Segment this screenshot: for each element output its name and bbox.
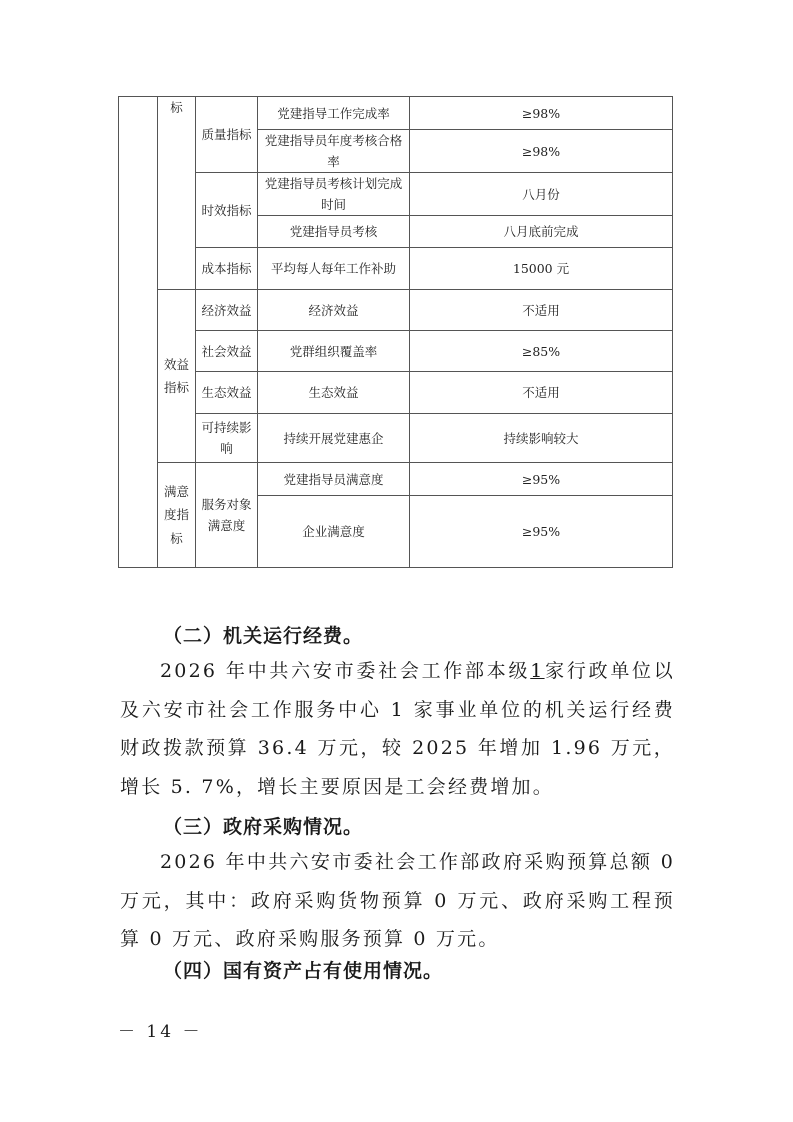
- section-heading-procurement: （三）政府采购情况。: [163, 812, 363, 839]
- level3-cell: 经济效益: [196, 290, 258, 331]
- level2-cell: 效益指标: [158, 290, 196, 463]
- table-row: 满意度指标 服务对象满意度 党建指导员满意度 ≥95%: [119, 463, 673, 496]
- value-cell: 八月份: [410, 173, 673, 216]
- page-number: － 14 －: [118, 1017, 202, 1042]
- metric-cell: 党建指导员考核计划完成时间: [258, 173, 410, 216]
- level2-cell: 标: [158, 97, 196, 290]
- metric-cell: 经济效益: [258, 290, 410, 331]
- value-cell: ≥98%: [410, 130, 673, 173]
- level3-cell: 社会效益: [196, 331, 258, 372]
- table-row: 标 质量指标 党建指导工作完成率 ≥98%: [119, 97, 673, 130]
- value-cell: 八月底前完成: [410, 216, 673, 248]
- metric-cell: 党建指导工作完成率: [258, 97, 410, 130]
- text-part: 2026 年中共六安市委社会工作部政府采购预算总额 0 万元，其中：政府采购货物…: [120, 851, 675, 950]
- underlined-count: 1: [530, 660, 544, 682]
- table-row: 生态效益 生态效益 不适用: [119, 372, 673, 414]
- table-row: 时效指标 党建指导员考核计划完成时间 八月份: [119, 173, 673, 216]
- level3-cell: 可持续影响: [196, 414, 258, 463]
- value-cell: ≥85%: [410, 331, 673, 372]
- level3-cell: 服务对象满意度: [196, 463, 258, 568]
- metric-cell: 党建指导员考核: [258, 216, 410, 248]
- metric-cell: 党建指导员满意度: [258, 463, 410, 496]
- value-cell: 15000 元: [410, 248, 673, 290]
- metric-cell: 持续开展党建惠企: [258, 414, 410, 463]
- value-cell: 不适用: [410, 290, 673, 331]
- metric-cell: 生态效益: [258, 372, 410, 414]
- table-row: 效益指标 经济效益 经济效益 不适用: [119, 290, 673, 331]
- metric-cell: 党群组织覆盖率: [258, 331, 410, 372]
- level3-cell: 时效指标: [196, 173, 258, 248]
- value-cell: 不适用: [410, 372, 673, 414]
- value-cell: ≥95%: [410, 463, 673, 496]
- paragraph-procurement: 2026 年中共六安市委社会工作部政府采购预算总额 0 万元，其中：政府采购货物…: [120, 843, 675, 959]
- metric-cell: 党建指导员年度考核合格率: [258, 130, 410, 173]
- paragraph-operating-costs: 2026 年中共六安市委社会工作部本级1家行政单位以及六安市社会工作服务中心 1…: [120, 652, 675, 806]
- value-cell: ≥95%: [410, 496, 673, 568]
- metric-cell: 企业满意度: [258, 496, 410, 568]
- performance-indicator-table: 标 质量指标 党建指导工作完成率 ≥98% 党建指导员年度考核合格率 ≥98% …: [118, 96, 673, 568]
- value-cell: 持续影响较大: [410, 414, 673, 463]
- section-heading-state-assets: （四）国有资产占有使用情况。: [163, 956, 443, 983]
- table-row: 可持续影响 持续开展党建惠企 持续影响较大: [119, 414, 673, 463]
- level3-cell: 质量指标: [196, 97, 258, 173]
- table-row: 成本指标 平均每人每年工作补助 15000 元: [119, 248, 673, 290]
- level3-cell: 成本指标: [196, 248, 258, 290]
- metric-cell: 平均每人每年工作补助: [258, 248, 410, 290]
- section-heading-operating-costs: （二）机关运行经费。: [163, 621, 363, 648]
- level2-cell: 满意度指标: [158, 463, 196, 568]
- value-cell: ≥98%: [410, 97, 673, 130]
- table-row: 社会效益 党群组织覆盖率 ≥85%: [119, 331, 673, 372]
- text-part: 2026 年中共六安市委社会工作部本级: [160, 660, 530, 682]
- level1-cell: [119, 97, 158, 568]
- level3-cell: 生态效益: [196, 372, 258, 414]
